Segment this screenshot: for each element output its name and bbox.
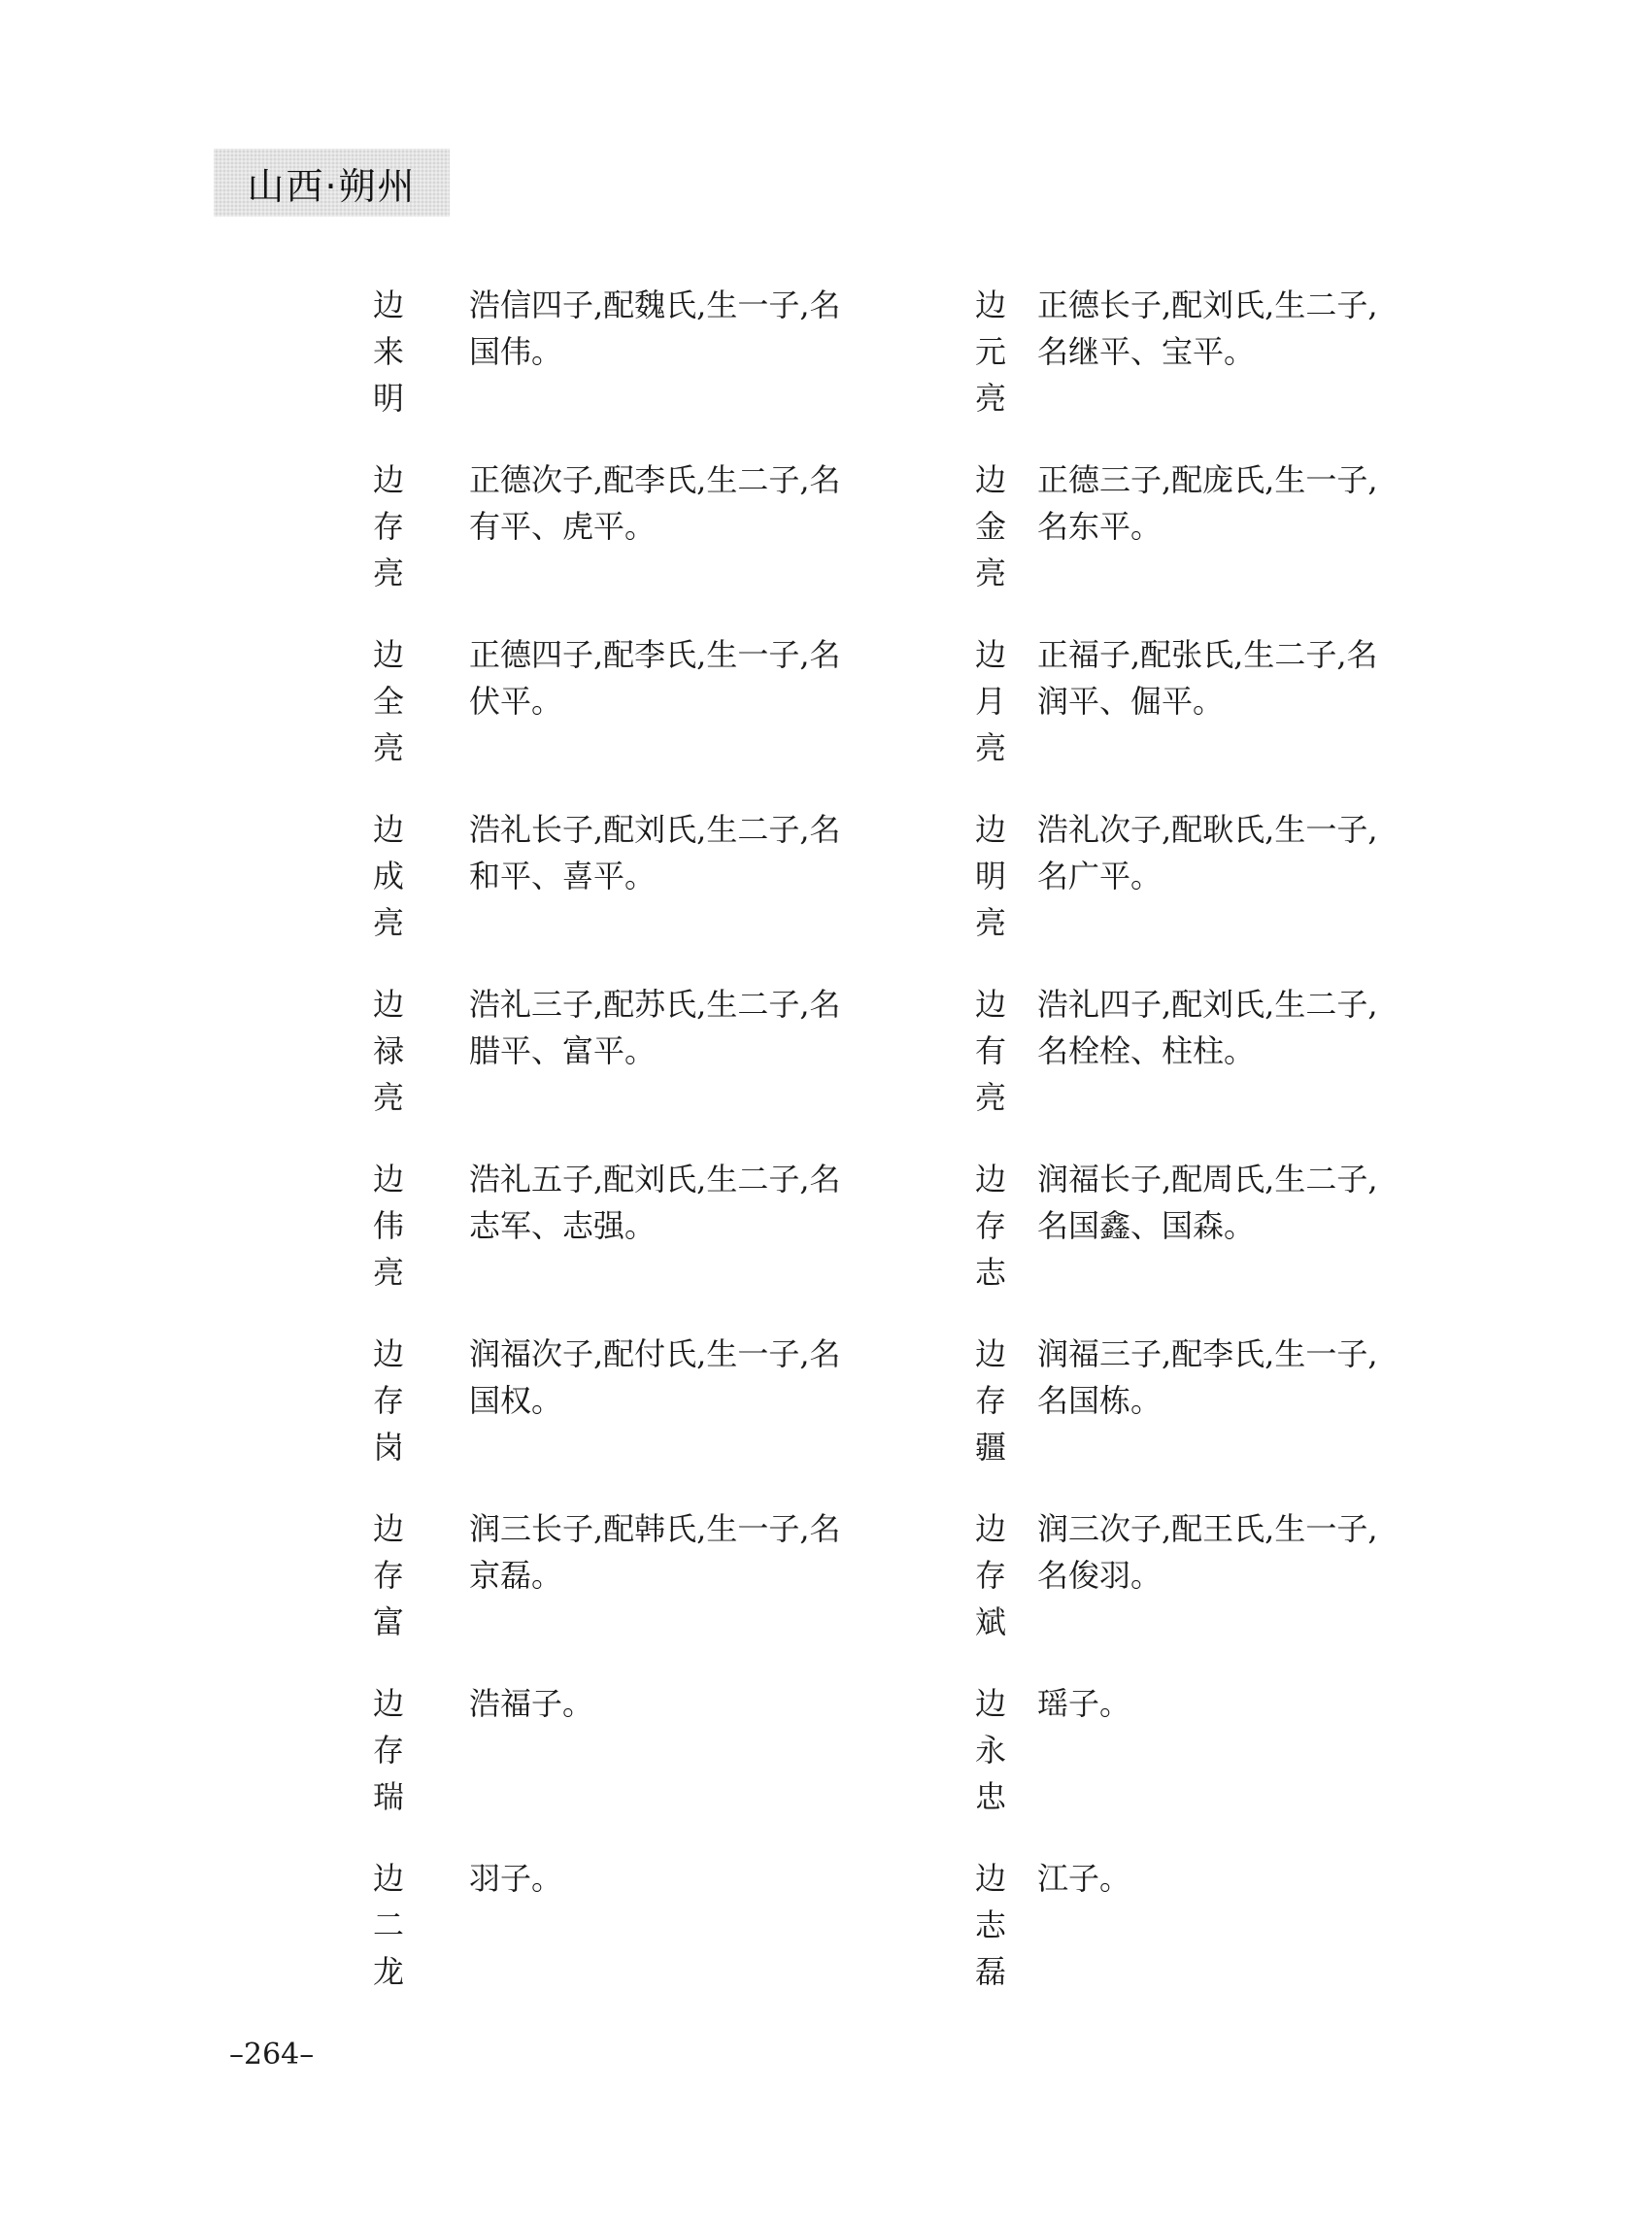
name-char: 存 xyxy=(975,1552,1018,1599)
name-char: 亮 xyxy=(373,1074,416,1121)
name-char: 亮 xyxy=(373,550,416,596)
entry-description: 瑶子。 xyxy=(1037,1680,1455,1820)
entry-right-1: 边 元 亮 正德长子,配刘氏,生二子,名继平、宝平。 xyxy=(975,282,1455,422)
name-char: 边 xyxy=(373,981,416,1028)
entry-description: 润三长子,配韩氏,生一子,名京磊。 xyxy=(469,1505,896,1645)
name-char: 边 xyxy=(373,631,416,678)
entry-description: 浩福子。 xyxy=(469,1680,896,1820)
name-char: 存 xyxy=(373,1552,416,1599)
name-char: 亮 xyxy=(975,1074,1018,1121)
name-char: 二 xyxy=(373,1902,416,1948)
name-char: 边 xyxy=(373,1505,416,1552)
entry-right-4: 边 明 亮 浩礼次子,配耿氏,生一子,名广平。 xyxy=(975,806,1455,946)
entry-name: 边 二 龙 xyxy=(373,1855,416,1995)
name-char: 存 xyxy=(373,1377,416,1424)
name-char: 边 xyxy=(373,1855,416,1902)
entry-right-6: 边 存 志 润福长子,配周氏,生二子,名国鑫、国森。 xyxy=(975,1156,1455,1296)
entry-description: 浩礼五子,配刘氏,生二子,名志军、志强。 xyxy=(469,1156,896,1296)
name-char: 边 xyxy=(975,456,1018,503)
entry-left-9: 边 存 瑞 浩福子。 xyxy=(373,1680,896,1820)
entry-left-4: 边 成 亮 浩礼长子,配刘氏,生二子,名和平、喜平。 xyxy=(373,806,896,946)
name-char: 明 xyxy=(975,853,1018,899)
entry-name: 边 存 志 xyxy=(975,1156,1018,1296)
name-char: 存 xyxy=(975,1377,1018,1424)
entry-description: 正德长子,配刘氏,生二子,名继平、宝平。 xyxy=(1037,282,1455,422)
name-char: 月 xyxy=(975,678,1018,725)
entry-right-8: 边 存 斌 润三次子,配王氏,生一子,名俊羽。 xyxy=(975,1505,1455,1645)
name-char: 边 xyxy=(373,1156,416,1202)
entry-name: 边 全 亮 xyxy=(373,631,416,771)
entry-left-6: 边 伟 亮 浩礼五子,配刘氏,生二子,名志军、志强。 xyxy=(373,1156,896,1296)
name-char: 岗 xyxy=(373,1424,416,1470)
entry-left-8: 边 存 富 润三长子,配韩氏,生一子,名京磊。 xyxy=(373,1505,896,1645)
name-char: 边 xyxy=(975,806,1018,853)
name-char: 全 xyxy=(373,678,416,725)
name-char: 金 xyxy=(975,503,1018,550)
name-char: 亮 xyxy=(975,375,1018,422)
entry-name: 边 存 亮 xyxy=(373,456,416,596)
entry-right-9: 边 永 忠 瑶子。 xyxy=(975,1680,1455,1820)
entry-right-10: 边 志 磊 江子。 xyxy=(975,1855,1455,1995)
name-char: 志 xyxy=(975,1249,1018,1296)
name-char: 成 xyxy=(373,853,416,899)
name-char: 边 xyxy=(975,1331,1018,1377)
entry-description: 润福次子,配付氏,生一子,名国权。 xyxy=(469,1331,896,1470)
name-char: 忠 xyxy=(975,1773,1018,1820)
name-char: 龙 xyxy=(373,1948,416,1995)
entry-name: 边 存 岗 xyxy=(373,1331,416,1470)
entry-name: 边 志 磊 xyxy=(975,1855,1018,1995)
name-char: 边 xyxy=(975,1680,1018,1727)
entry-right-7: 边 存 疆 润福三子,配李氏,生一子,名国栋。 xyxy=(975,1331,1455,1470)
entry-description: 正福子,配张氏,生二子,名润平、倔平。 xyxy=(1037,631,1455,771)
entry-description: 浩礼四子,配刘氏,生二子,名栓栓、柱柱。 xyxy=(1037,981,1455,1121)
entry-name: 边 禄 亮 xyxy=(373,981,416,1121)
entry-name: 边 金 亮 xyxy=(975,456,1018,596)
name-char: 边 xyxy=(373,282,416,328)
name-char: 边 xyxy=(373,1331,416,1377)
entry-right-3: 边 月 亮 正福子,配张氏,生二子,名润平、倔平。 xyxy=(975,631,1455,771)
name-char: 边 xyxy=(975,1156,1018,1202)
name-char: 存 xyxy=(975,1202,1018,1249)
name-char: 亮 xyxy=(975,725,1018,771)
entry-left-5: 边 禄 亮 浩礼三子,配苏氏,生二子,名腊平、富平。 xyxy=(373,981,896,1121)
name-char: 磊 xyxy=(975,1948,1018,1995)
page-number: –264– xyxy=(229,2038,314,2072)
entry-description: 润三次子,配王氏,生一子,名俊羽。 xyxy=(1037,1505,1455,1645)
name-char: 存 xyxy=(373,1727,416,1773)
entry-name: 边 存 疆 xyxy=(975,1331,1018,1470)
name-char: 边 xyxy=(975,282,1018,328)
entry-left-10: 边 二 龙 羽子。 xyxy=(373,1855,896,1995)
name-char: 亮 xyxy=(975,550,1018,596)
entry-name: 边 有 亮 xyxy=(975,981,1018,1121)
entry-description: 润福三子,配李氏,生一子,名国栋。 xyxy=(1037,1331,1455,1470)
entry-description: 正德三子,配庞氏,生一子,名东平。 xyxy=(1037,456,1455,596)
entry-description: 正德四子,配李氏,生一子,名伏平。 xyxy=(469,631,896,771)
name-char: 有 xyxy=(975,1028,1018,1074)
name-char: 亮 xyxy=(373,1249,416,1296)
name-char: 斌 xyxy=(975,1599,1018,1645)
entry-name: 边 明 亮 xyxy=(975,806,1018,946)
entry-name: 边 存 斌 xyxy=(975,1505,1018,1645)
name-char: 边 xyxy=(373,1680,416,1727)
name-char: 志 xyxy=(975,1902,1018,1948)
name-char: 元 xyxy=(975,328,1018,375)
header-section-box: 山西·朔州 xyxy=(214,149,450,217)
name-char: 边 xyxy=(975,631,1018,678)
name-char: 亮 xyxy=(373,725,416,771)
entry-description: 江子。 xyxy=(1037,1855,1455,1995)
entry-left-3: 边 全 亮 正德四子,配李氏,生一子,名伏平。 xyxy=(373,631,896,771)
entry-description: 浩礼长子,配刘氏,生二子,名和平、喜平。 xyxy=(469,806,896,946)
name-char: 禄 xyxy=(373,1028,416,1074)
entry-description: 正德次子,配李氏,生二子,名有平、虎平。 xyxy=(469,456,896,596)
entry-left-1: 边 来 明 浩信四子,配魏氏,生一子,名国伟。 xyxy=(373,282,896,422)
name-char: 明 xyxy=(373,375,416,422)
entry-name: 边 永 忠 xyxy=(975,1680,1018,1820)
name-char: 边 xyxy=(975,1505,1018,1552)
name-char: 瑞 xyxy=(373,1773,416,1820)
entry-left-2: 边 存 亮 正德次子,配李氏,生二子,名有平、虎平。 xyxy=(373,456,896,596)
entry-name: 边 存 瑞 xyxy=(373,1680,416,1820)
name-char: 亮 xyxy=(373,899,416,946)
entry-name: 边 伟 亮 xyxy=(373,1156,416,1296)
entry-name: 边 来 明 xyxy=(373,282,416,422)
name-char: 边 xyxy=(975,1855,1018,1902)
entry-description: 羽子。 xyxy=(469,1855,896,1995)
name-char: 来 xyxy=(373,328,416,375)
entry-right-2: 边 金 亮 正德三子,配庞氏,生一子,名东平。 xyxy=(975,456,1455,596)
entry-description: 浩礼三子,配苏氏,生二子,名腊平、富平。 xyxy=(469,981,896,1121)
entry-name: 边 成 亮 xyxy=(373,806,416,946)
entry-description: 浩信四子,配魏氏,生一子,名国伟。 xyxy=(469,282,896,422)
name-char: 边 xyxy=(373,456,416,503)
name-char: 伟 xyxy=(373,1202,416,1249)
name-char: 亮 xyxy=(975,899,1018,946)
entry-description: 浩礼次子,配耿氏,生一子,名广平。 xyxy=(1037,806,1455,946)
name-char: 边 xyxy=(975,981,1018,1028)
entry-name: 边 月 亮 xyxy=(975,631,1018,771)
name-char: 富 xyxy=(373,1599,416,1645)
entry-right-5: 边 有 亮 浩礼四子,配刘氏,生二子,名栓栓、柱柱。 xyxy=(975,981,1455,1121)
entry-name: 边 元 亮 xyxy=(975,282,1018,422)
name-char: 边 xyxy=(373,806,416,853)
name-char: 疆 xyxy=(975,1424,1018,1470)
entry-left-7: 边 存 岗 润福次子,配付氏,生一子,名国权。 xyxy=(373,1331,896,1470)
header-title: 山西·朔州 xyxy=(247,156,416,210)
entry-name: 边 存 富 xyxy=(373,1505,416,1645)
name-char: 存 xyxy=(373,503,416,550)
name-char: 永 xyxy=(975,1727,1018,1773)
entry-description: 润福长子,配周氏,生二子,名国鑫、国森。 xyxy=(1037,1156,1455,1296)
